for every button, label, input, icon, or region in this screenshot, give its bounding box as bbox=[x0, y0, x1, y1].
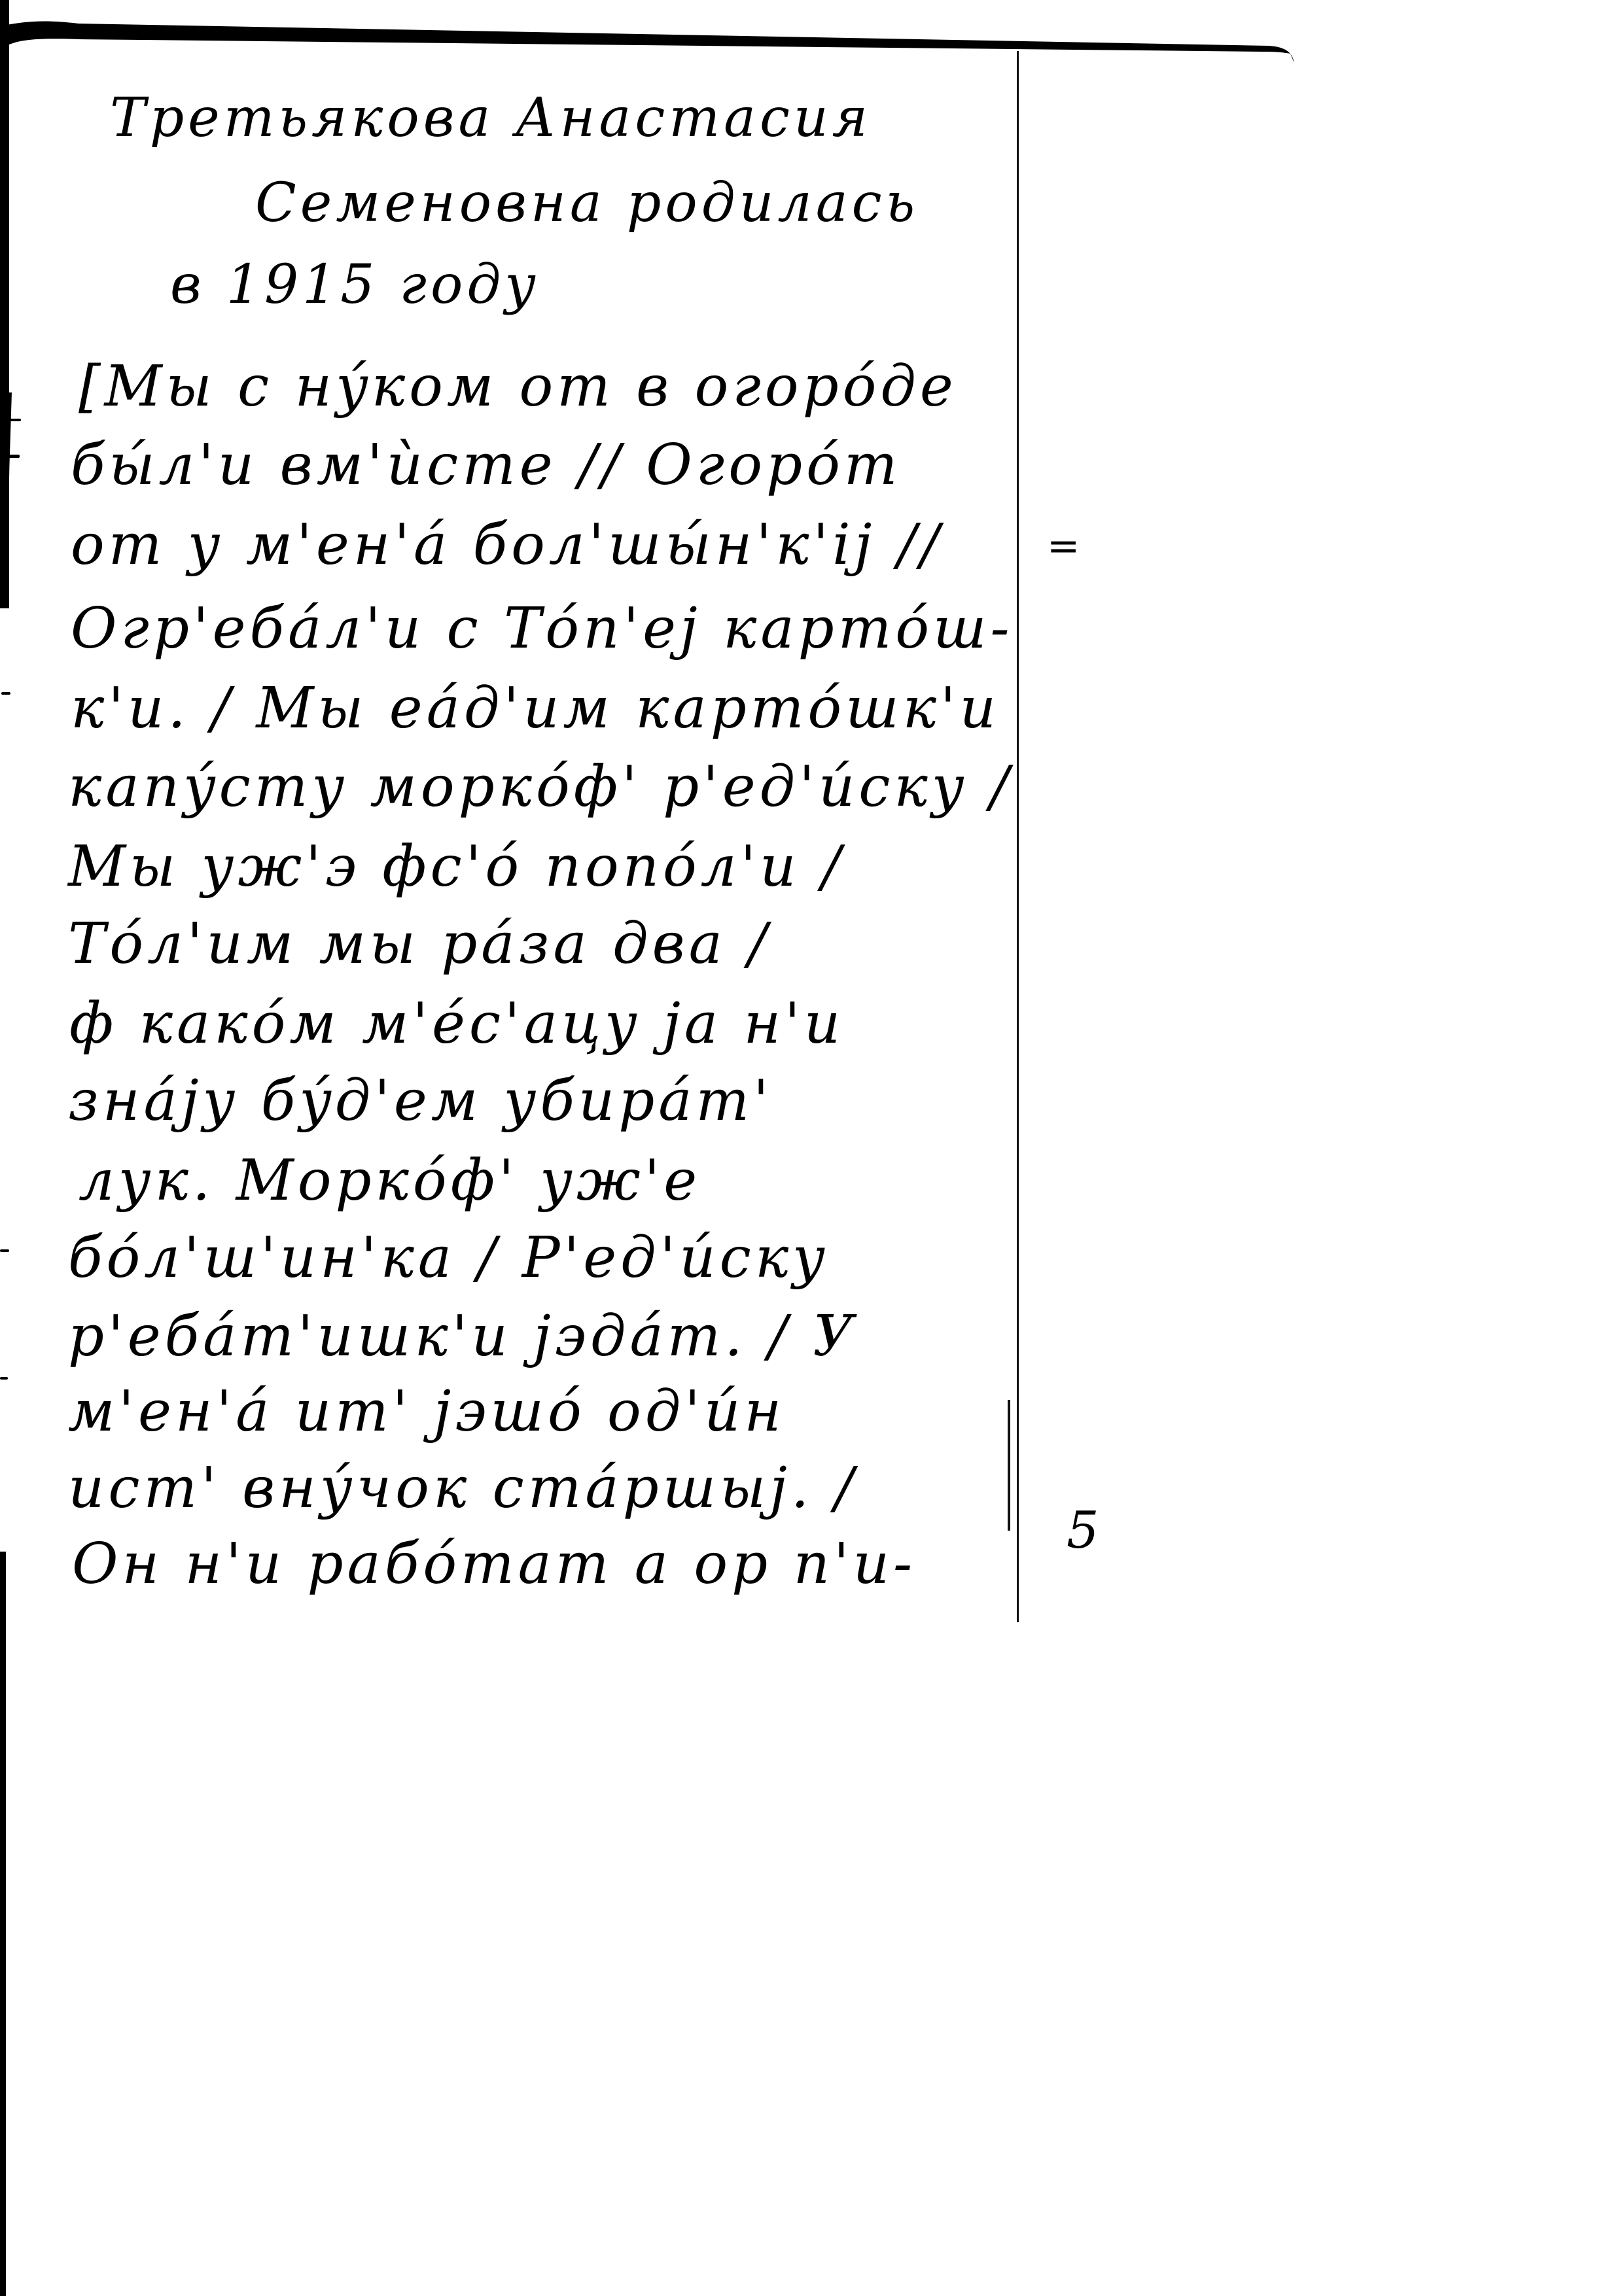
header-birth-year-line: в 1915 году bbox=[170, 258, 540, 312]
scan-speck bbox=[0, 1377, 8, 1380]
body-line: ф какóм м'éс'ацу ja н'и bbox=[69, 996, 844, 1052]
margin-line-mark bbox=[1008, 1400, 1010, 1531]
body-line: Мы уж'э фс'ó попóл'и / bbox=[68, 839, 845, 895]
page-number: 5 bbox=[1067, 1501, 1099, 1560]
header-patronymic-line: Семеновна родилась bbox=[255, 177, 919, 230]
body-line: Огр'ебáл'и с Тóп'ej карто́ш- bbox=[71, 600, 1014, 657]
scan-left-edge-bottom bbox=[0, 1552, 6, 2296]
body-line: Он н'и рабóтат а ор п'и- bbox=[72, 1536, 916, 1592]
body-line: бы́л'и вм'ѝсте // Огоро́т bbox=[71, 437, 901, 493]
scanned-page: Третьякова Анастасия Семеновна родилась … bbox=[0, 0, 1607, 2296]
body-line: [Мы с нýком от в огорóде bbox=[79, 358, 957, 415]
margin-equals-mark: = bbox=[1047, 523, 1080, 569]
body-line: Тóл'им мы рáза два / bbox=[68, 916, 771, 972]
scan-speck bbox=[1, 692, 10, 695]
body-line: к'и. / Мы еáд'им карто́шк'и bbox=[71, 680, 1000, 737]
body-line: от у м'ен'á бол'шы́н'к'ij // bbox=[71, 517, 944, 573]
body-line: знájу бýд'ем убирáт' bbox=[68, 1073, 773, 1129]
header-name-line: Третьякова Анастасия bbox=[110, 92, 872, 145]
body-line: м'ен'á ит' jэшó од'и́н bbox=[68, 1383, 785, 1440]
body-line: капýсту моркóф' р'ед'úску / bbox=[68, 759, 1013, 815]
body-line: р'ебáт'ишк'и jэдáт. / У bbox=[68, 1308, 857, 1365]
scan-speck bbox=[5, 455, 20, 458]
body-line: ист' вну́чок стáршыj. / bbox=[68, 1460, 858, 1516]
scan-top-edge bbox=[0, 0, 1607, 72]
margin-line bbox=[1017, 51, 1019, 1622]
scan-speck bbox=[7, 419, 21, 421]
body-line: бо́л'ш'ин'ка / Р'ед'úску bbox=[68, 1230, 829, 1286]
body-line: лук. Моркóф' уж'е bbox=[79, 1153, 701, 1209]
scan-speck bbox=[0, 1249, 9, 1252]
